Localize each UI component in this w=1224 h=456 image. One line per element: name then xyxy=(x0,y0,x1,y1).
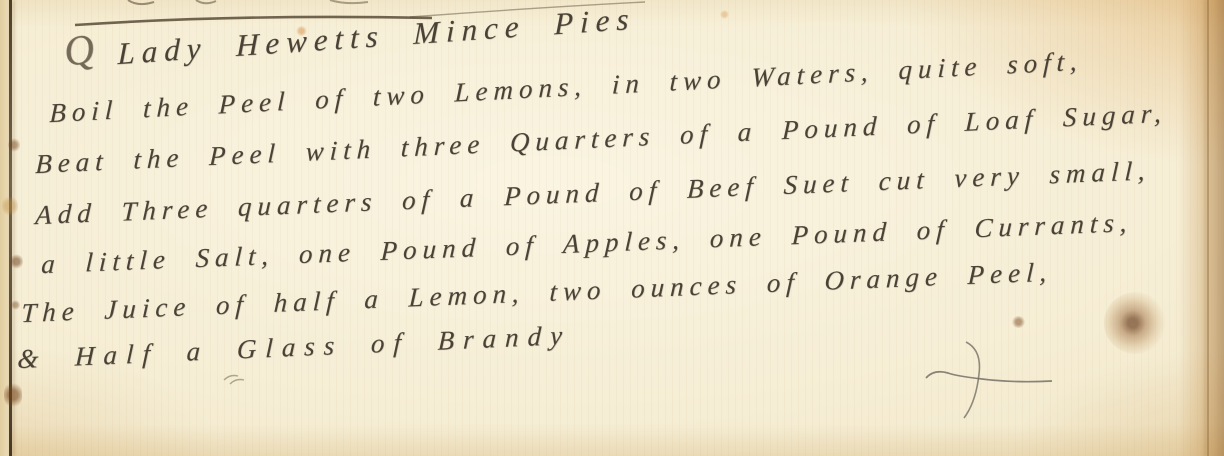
gutter-blotch xyxy=(11,300,20,310)
page-gutter-line xyxy=(9,0,12,456)
cutoff-text-fragment xyxy=(128,0,154,4)
page-right-edge xyxy=(1178,0,1224,456)
page-right-crease xyxy=(1207,0,1209,456)
fox-stain xyxy=(1104,292,1168,354)
recipe-title: Lady Hewetts Mince Pies xyxy=(117,1,635,72)
stray-pen-mark xyxy=(224,376,244,385)
fox-speck xyxy=(720,10,729,19)
cutoff-text-fragment xyxy=(196,0,216,3)
manuscript-page: Q Lady Hewetts Mince Pies Boil the Peel … xyxy=(0,0,1224,456)
recipe-line: & Half a Glass of Brandy xyxy=(17,320,572,375)
pencil-flourish-mark xyxy=(926,372,1052,382)
pencil-flourish-mark xyxy=(964,342,979,418)
margin-mark: Q xyxy=(60,25,98,78)
fox-speck xyxy=(1012,316,1025,328)
cutoff-text-fragment xyxy=(330,0,368,3)
